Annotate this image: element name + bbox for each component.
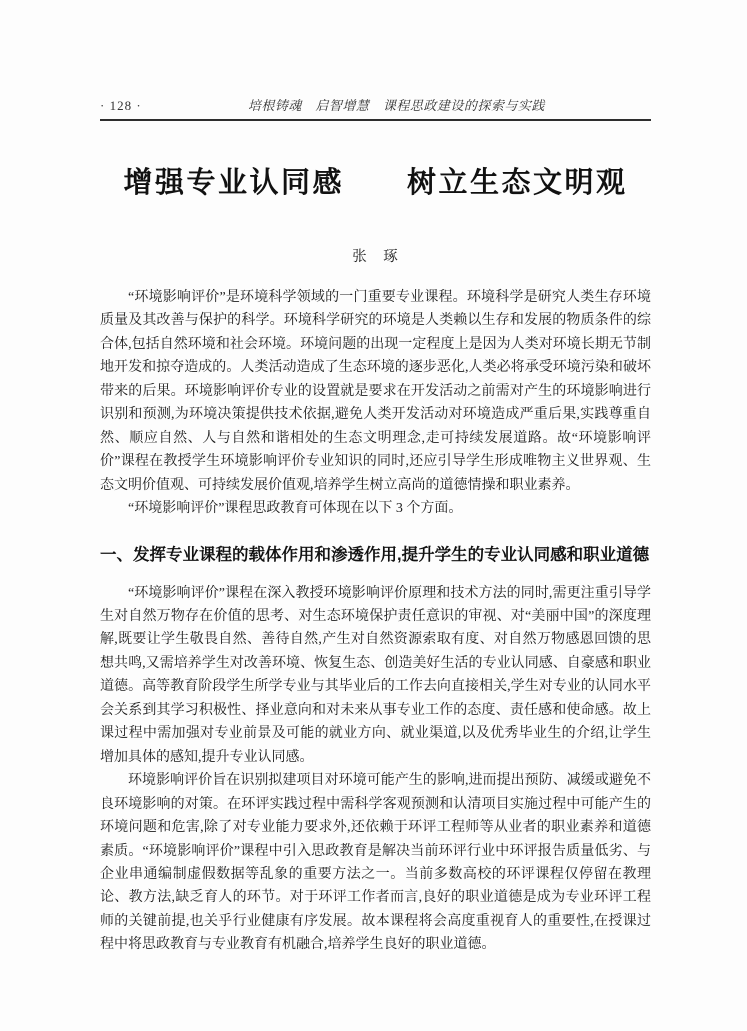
page-header: · 128 · 培根铸魂 启智增慧 课程思政建设的探索与实践: [100, 98, 651, 113]
section-paragraph-2: 环境影响评价旨在识别拟建项目对环境可能产生的影响,进而提出预防、减缓或避免不良环…: [100, 769, 651, 957]
page-number: · 128 ·: [100, 98, 142, 113]
document-page: · 128 · 培根铸魂 启智增慧 课程思政建设的探索与实践 增强专业认同感 树…: [0, 0, 747, 1031]
section-heading-1: 一、发挥专业课程的载体作用和渗透作用,提升学生的专业认同感和职业道德: [100, 544, 651, 566]
page-content: · 128 · 培根铸魂 启智增慧 课程思政建设的探索与实践 增强专业认同感 树…: [100, 98, 651, 957]
section-paragraph-1: “环境影响评价”课程在深入教授环境影响评价原理和技术方法的同时,需更注重引导学生…: [100, 582, 651, 770]
header-divider: [100, 119, 651, 121]
article-title: 增强专业认同感 树立生态文明观: [100, 166, 651, 201]
intro-paragraph-1: “环境影响评价”是环境科学领域的一门重要专业课程。环境科学是研究人类生存环境质量…: [100, 286, 651, 497]
article-author: 张 琢: [100, 249, 651, 265]
article-body: “环境影响评价”是环境科学领域的一门重要专业课程。环境科学是研究人类生存环境质量…: [100, 286, 651, 957]
intro-paragraph-2: “环境影响评价”课程思政教育可体现在以下 3 个方面。: [100, 497, 651, 520]
running-title: 培根铸魂 启智增慧 课程思政建设的探索与实践: [142, 98, 651, 113]
